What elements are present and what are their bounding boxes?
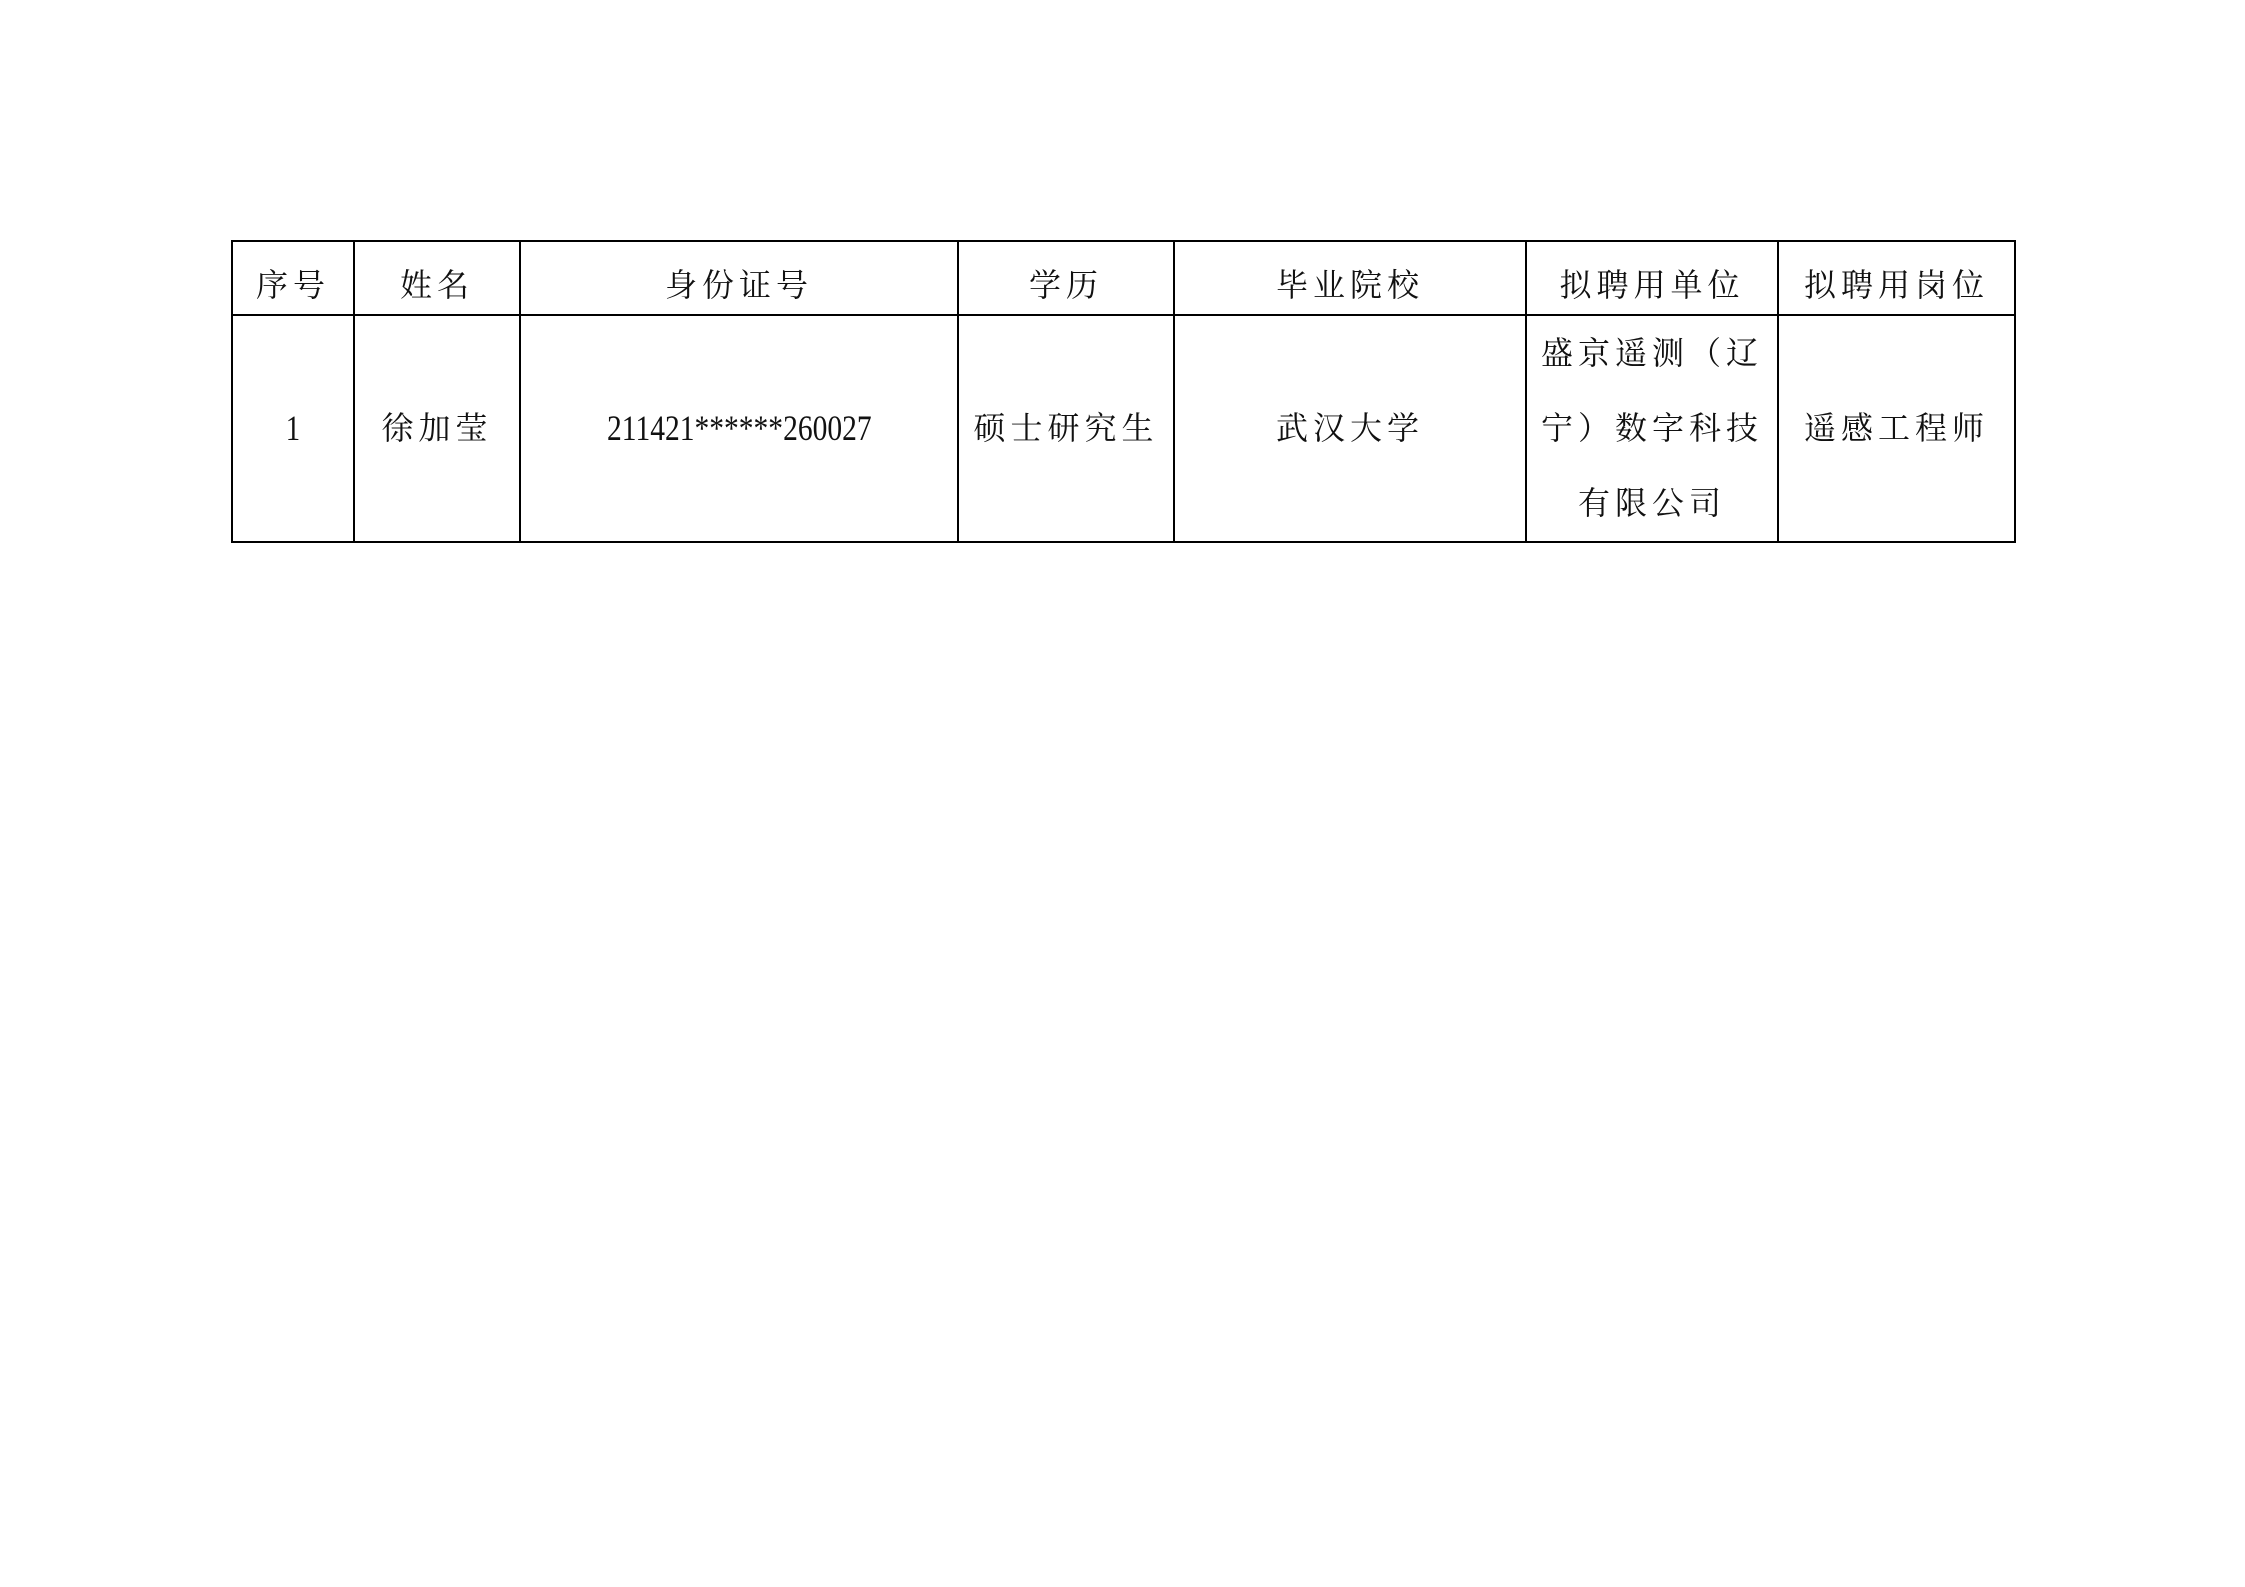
cell-id-number: 211421******260027: [520, 315, 958, 542]
header-index: 序号: [232, 241, 354, 315]
cell-position: 遥感工程师: [1778, 315, 2015, 542]
recruitment-table: 序号 姓名 身份证号 学历 毕业院校 拟聘用单位 拟聘用岗位 1 徐加莹 211…: [231, 240, 2016, 543]
cell-employer: 盛京遥测（辽宁）数字科技有限公司: [1526, 315, 1778, 542]
cell-education: 硕士研究生: [958, 315, 1174, 542]
table-header-row: 序号 姓名 身份证号 学历 毕业院校 拟聘用单位 拟聘用岗位: [232, 241, 2015, 315]
header-name: 姓名: [354, 241, 520, 315]
id-number-value: 211421******260027: [607, 391, 872, 466]
cell-name: 徐加莹: [354, 315, 520, 542]
header-id-number: 身份证号: [520, 241, 958, 315]
header-school: 毕业院校: [1174, 241, 1526, 315]
table-row: 1 徐加莹 211421******260027 硕士研究生 武汉大学 盛京遥测…: [232, 315, 2015, 542]
cell-index: 1: [232, 315, 354, 542]
cell-school: 武汉大学: [1174, 315, 1526, 542]
header-education: 学历: [958, 241, 1174, 315]
header-employer: 拟聘用单位: [1526, 241, 1778, 315]
employer-value: 盛京遥测（辽宁）数字科技有限公司: [1539, 316, 1765, 541]
header-position: 拟聘用岗位: [1778, 241, 2015, 315]
index-value: 1: [286, 391, 300, 466]
